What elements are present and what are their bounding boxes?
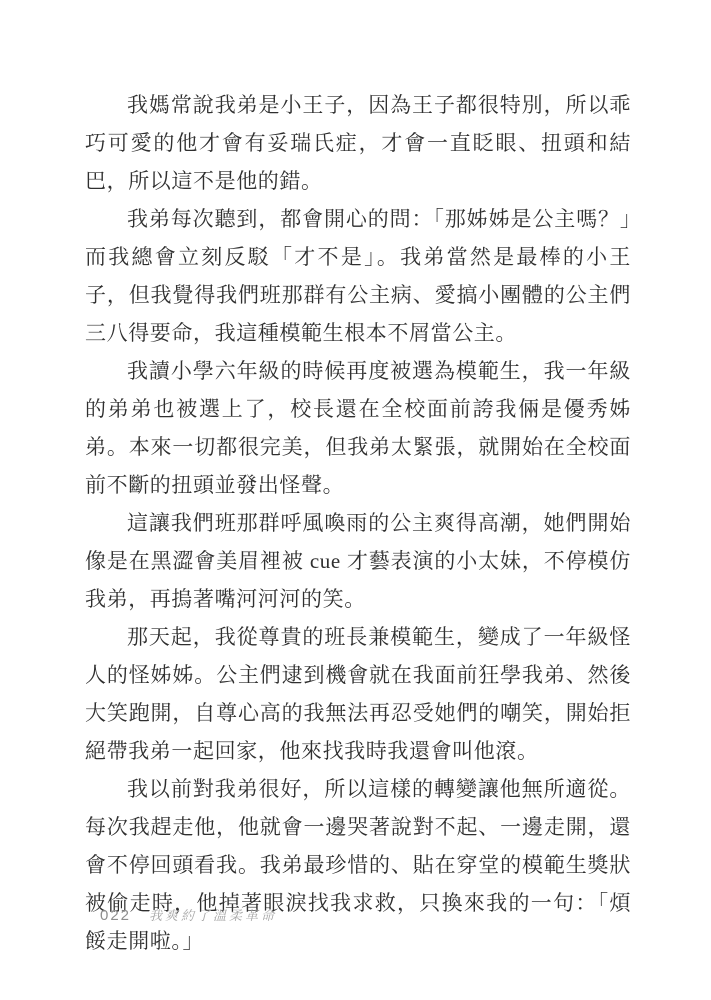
- paragraph: 我弟每次聽到，都會開心的問：「那姊姊是公主嗎？」而我總會立刻反駁「才不是」。我弟…: [85, 200, 631, 352]
- page-footer: 022 我爽約了溫柔革命: [100, 905, 277, 924]
- paragraph: 我讀小學六年級的時候再度被選為模範生，我一年級的弟弟也被選上了，校長還在全校面前…: [85, 352, 631, 504]
- paragraph: 我媽常說我弟是小王子，因為王子都很特別，所以乖巧可愛的他才會有妥瑞氏症，才會一直…: [85, 86, 631, 200]
- paragraph: 我以前對我弟很好，所以這樣的轉變讓他無所適從。每次我趕走他，他就會一邊哭著說對不…: [85, 770, 631, 960]
- paragraph: 那天起，我從尊貴的班長兼模範生，變成了一年級怪人的怪姊姊。公主們逮到機會就在我面…: [85, 618, 631, 770]
- running-title: 我爽約了溫柔革命: [149, 905, 277, 924]
- paragraph: 這讓我們班那群呼風喚雨的公主爽得高潮，她們開始像是在黑澀會美眉裡被 cue 才藝…: [85, 504, 631, 618]
- body-text: 我媽常說我弟是小王子，因為王子都很特別，所以乖巧可愛的他才會有妥瑞氏症，才會一直…: [85, 86, 631, 960]
- book-page: 我媽常說我弟是小王子，因為王子都很特別，所以乖巧可愛的他才會有妥瑞氏症，才會一直…: [0, 0, 711, 1000]
- page-number: 022: [100, 907, 131, 924]
